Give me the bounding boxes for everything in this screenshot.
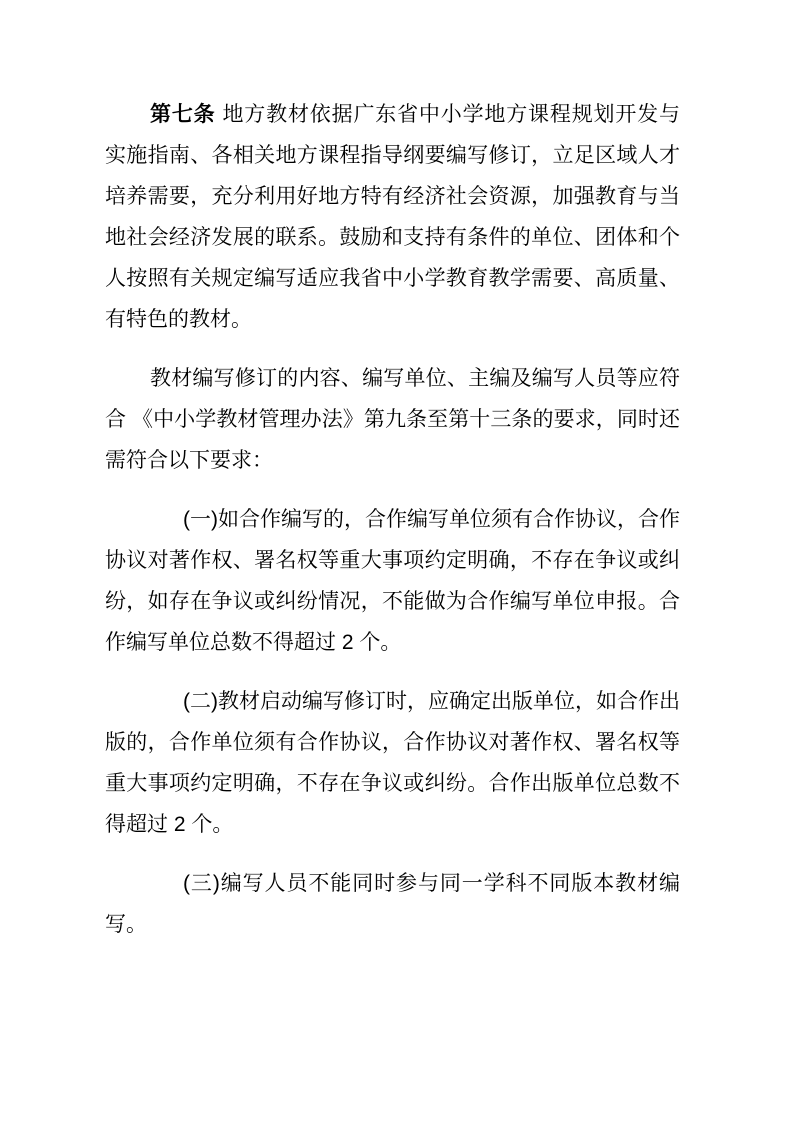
document-page: 第七条地方教材依据广东省中小学地方课程规划开发与实施指南、各相关地方课程指导纲要… [0, 0, 794, 1123]
article-number-label: 第七条 [150, 103, 215, 126]
paragraph-article-7: 第七条地方教材依据广东省中小学地方课程规划开发与实施指南、各相关地方课程指导纲要… [105, 94, 680, 340]
article-7-body-text: 地方教材依据广东省中小学地方课程规划开发与实施指南、各相关地方课程指导纲要编写修… [105, 103, 680, 331]
paragraph-item-1: (一)如合作编写的，合作编写单位须有合作协议，合作协议对著作权、署名权等重大事项… [105, 499, 680, 663]
paragraph-item-2: (二)教材启动编写修订时，应确定出版单位，如合作出版的，合作单位须有合作协议，合… [105, 681, 680, 845]
paragraph-item-3: (三)编写人员不能同时参与同一学科不同版本教材编写。 [105, 863, 680, 945]
paragraph-requirements-intro: 教材编写修订的内容、编写单位、主编及编写人员等应符合 《中小学教材管理办法》第九… [105, 358, 680, 481]
